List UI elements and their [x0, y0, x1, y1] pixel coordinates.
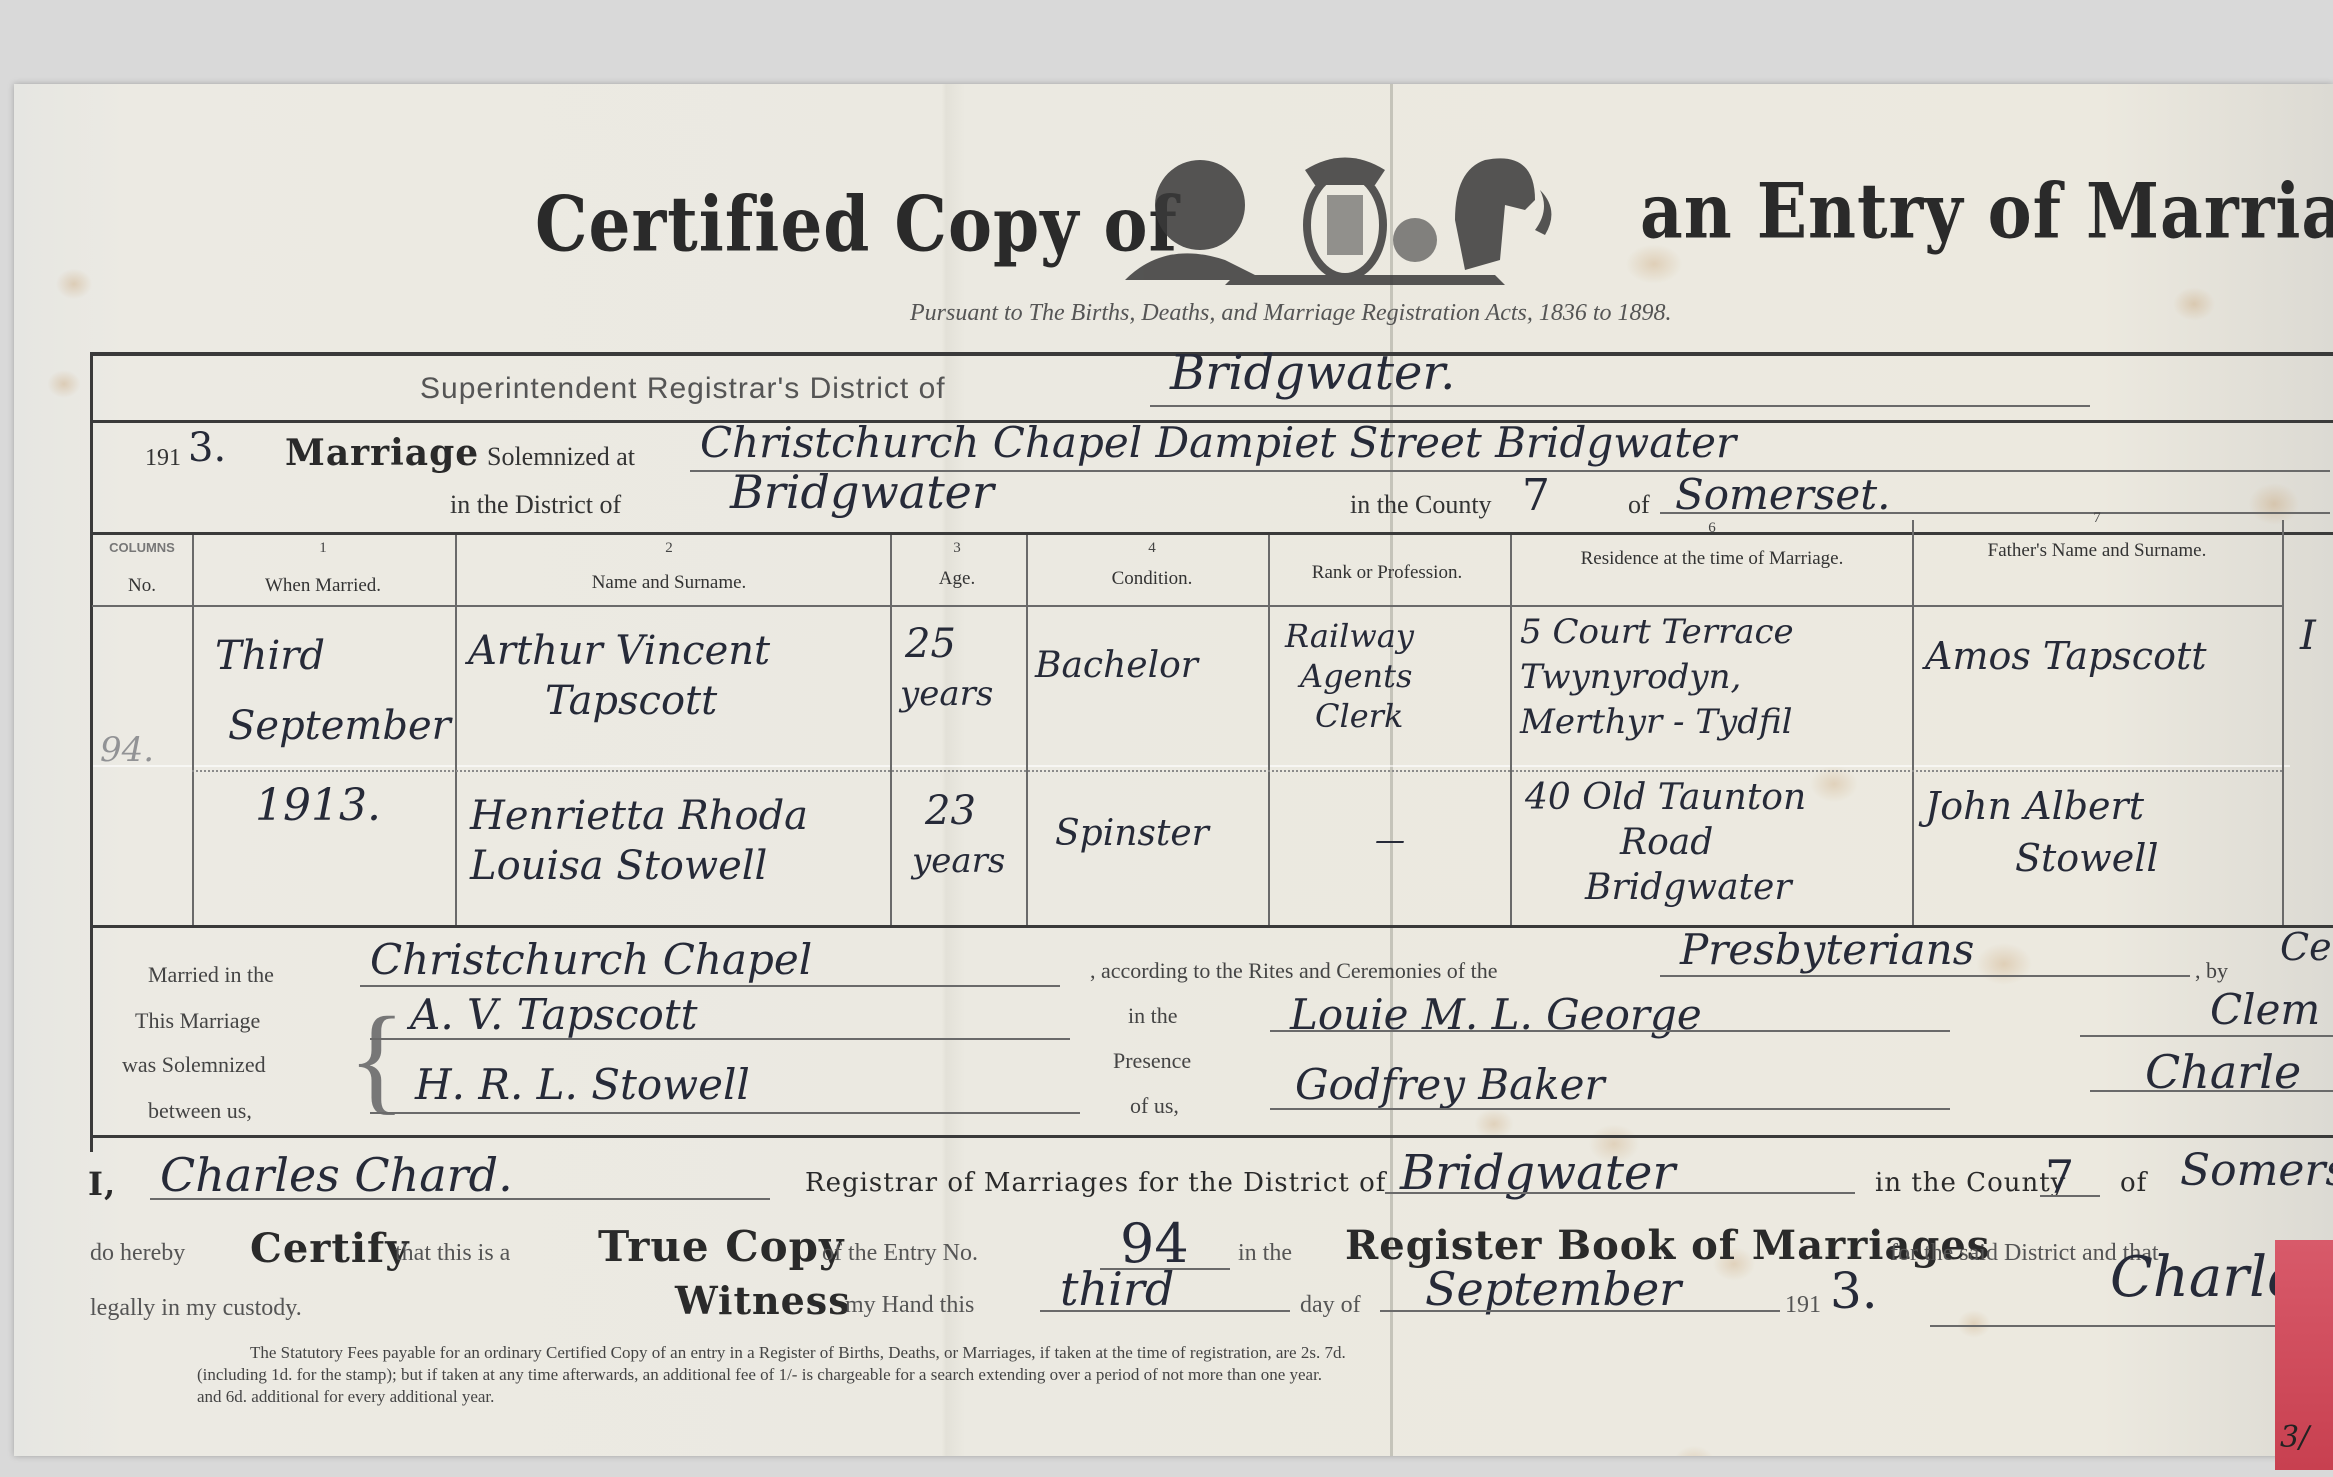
bride-residence-line2: Road	[1620, 820, 1713, 866]
column-header-row: COLUMNS No. 1 When Married. 2 Name and S…	[92, 540, 2332, 610]
column-divider	[1510, 535, 1512, 925]
presence-label: Presence	[1113, 1048, 1191, 1074]
rites-label: , according to the Rites and Ceremonies …	[1090, 958, 1498, 984]
row-separator	[192, 770, 2282, 772]
officiant2-underline	[2090, 1090, 2333, 1092]
rites-underline	[1660, 975, 2190, 977]
column-divider	[1026, 535, 1028, 925]
column-divider	[2282, 520, 2284, 925]
column-divider	[1268, 535, 1270, 925]
bride-residence-line3: Bridgwater	[1585, 865, 1792, 911]
between-us-label: between us,	[148, 1098, 252, 1124]
registrar-name-underline	[150, 1198, 770, 1200]
table-left-border	[90, 352, 93, 1152]
column-header: Age.	[892, 568, 1022, 590]
do-hereby-label: do hereby	[90, 1240, 185, 1267]
in-the-label: in the	[1128, 1003, 1178, 1029]
party1-signature: A. V. Tapscott	[410, 990, 698, 1039]
cert-year-prefix: 191	[1785, 1292, 1821, 1319]
married-in-value: Christchurch Chapel	[370, 935, 812, 984]
bride-name-line1: Henrietta Rhoda	[470, 790, 808, 842]
witness-month-underline	[1380, 1310, 1780, 1312]
footnote-line2: (including 1d. for the stamp); but if ta…	[197, 1365, 1322, 1385]
column-header: Residence at the time of Marriage.	[1512, 548, 1912, 570]
county-of: of	[1628, 490, 1650, 520]
bride-father-line1: John Albert	[1925, 780, 2144, 832]
district-label: Superintendent Registrar's District of	[420, 372, 946, 406]
my-hand-label: my Hand this	[845, 1292, 974, 1319]
footnote-line3: and 6d. additional for every additional …	[197, 1387, 494, 1407]
district-underline	[1150, 405, 2090, 407]
in-district-value: Bridgwater	[730, 465, 994, 519]
column-header: Name and Surname.	[454, 572, 884, 594]
bride-name-line2: Louisa Stowell	[470, 840, 767, 892]
cert-county-of: of	[2120, 1168, 2147, 1198]
witness-day: third	[1060, 1262, 1174, 1316]
cert-county-label: in the County	[1875, 1168, 2066, 1198]
groom-name-line2: Tapscott	[545, 675, 717, 727]
when-married-day: Third	[215, 630, 325, 682]
column-number: 7	[1912, 510, 2282, 527]
groom-rank-line1: Railway	[1285, 615, 1414, 657]
certify-label: Certify	[250, 1225, 409, 1272]
cert-county-value: Somerset	[2180, 1145, 2333, 1196]
groom-rank-line3: Clerk	[1315, 695, 1403, 737]
entry-number: 94.	[100, 730, 154, 770]
bride-father-line2: Stowell	[2015, 832, 2159, 884]
column-number: 1	[192, 540, 454, 557]
bride-condition: Spinster	[1055, 808, 1209, 860]
marriage-label: Marriage	[285, 432, 479, 474]
column-header: Rank or Profession.	[1272, 562, 1502, 584]
married-in-label: Married in the	[148, 962, 274, 988]
married-in-underline	[360, 985, 1060, 987]
header-bottom-rule	[92, 605, 2282, 607]
signature-underline	[1930, 1325, 2330, 1327]
column-divider	[890, 535, 892, 925]
bride-residence-line1: 40 Old Taunton	[1525, 775, 1806, 821]
true-copy-label: True Copy	[598, 1222, 844, 1271]
legally-label: legally in my custody.	[90, 1295, 302, 1322]
bride-age-unit: years	[912, 835, 1005, 887]
witness-label: Witness	[675, 1278, 851, 1323]
column-header: No.	[92, 575, 192, 597]
party2-signature: H. R. L. Stowell	[415, 1060, 750, 1109]
stamp-annotation: 3/	[2280, 1420, 2309, 1455]
officiant1-partial: Clem	[2210, 985, 2320, 1034]
column-number: 6	[1512, 520, 1912, 537]
groom-age-unit: years	[900, 668, 993, 720]
column-number: 4	[1032, 540, 1272, 557]
groom-name-line1: Arthur Vincent	[468, 625, 770, 677]
groom-condition: Bachelor	[1035, 640, 1198, 692]
district-value: Bridgwater.	[1170, 345, 1455, 401]
footnote-line1: The Statutory Fees payable for an ordina…	[250, 1343, 1346, 1363]
rites-value: Presbyterians	[1680, 925, 1974, 974]
was-solemnized-label: was Solemnized	[122, 1052, 266, 1078]
solemnized-value: Christchurch Chapel Dampiet Street Bridg…	[700, 418, 1736, 467]
when-married-year: 1913.	[255, 780, 381, 832]
registrar-district-underline	[1385, 1192, 1855, 1194]
witness1-underline	[1270, 1030, 1950, 1032]
column-number: 2	[454, 540, 884, 557]
witness2-signature: Godfrey Baker	[1295, 1060, 1605, 1109]
groom-residence-line2: Twynyrodyn,	[1520, 655, 1741, 699]
row-divider	[90, 925, 2333, 928]
registrar-label: Registrar of Marriages for the District …	[805, 1168, 1386, 1198]
solemnized-label: Solemnized at	[487, 442, 635, 472]
subtitle: Pursuant to The Births, Deaths, and Marr…	[910, 300, 1672, 327]
year-prefix: 191	[145, 445, 181, 472]
column-header: When Married.	[192, 575, 454, 597]
royal-coat-of-arms-icon	[1105, 150, 1590, 290]
officiant1-underline	[2080, 1035, 2333, 1037]
year-suffix: 3.	[188, 425, 226, 471]
when-married-month: September	[228, 700, 451, 752]
bride-rank: —	[1375, 815, 1405, 867]
party2-underline	[370, 1112, 1080, 1114]
column-divider	[455, 535, 457, 925]
that-this-label: that this is a	[395, 1240, 510, 1267]
column-header: Condition.	[1032, 568, 1272, 590]
groom-age: 25	[905, 618, 956, 670]
witness-day-underline	[1040, 1310, 1290, 1312]
county-label: in the County	[1350, 490, 1492, 520]
bride-age: 23	[925, 785, 976, 837]
of-entry-label: of the Entry No.	[822, 1240, 978, 1267]
i-label: I,	[88, 1165, 116, 1203]
in-the-label: in the	[1238, 1240, 1292, 1267]
column-divider	[1912, 520, 1914, 925]
title-left: Certified Copy of	[535, 179, 1178, 269]
by-value: Cer	[2280, 925, 2333, 969]
groom-father: Amos Tapscott	[1925, 630, 2207, 682]
registrar-name: Charles Chard.	[160, 1148, 513, 1202]
in-district-label: in the District of	[450, 490, 621, 520]
of-us-label: of us,	[1130, 1093, 1179, 1119]
groom-residence-line3: Merthyr - Tydfil	[1520, 700, 1793, 744]
day-of-label: day of	[1300, 1292, 1361, 1319]
party1-underline	[370, 1038, 1070, 1040]
table-bottom-border	[90, 1135, 2333, 1138]
title-right: an Entry of Marriage.	[1640, 166, 2333, 256]
row-divider	[90, 532, 2333, 535]
groom-residence-line1: 5 Court Terrace	[1520, 610, 1794, 654]
groom-rank-line2: Agents	[1300, 655, 1412, 697]
columns-label: COLUMNS	[92, 540, 192, 555]
cert-year-suffix: 3.	[1830, 1262, 1878, 1320]
witness-month: September	[1425, 1262, 1681, 1316]
column-header: Father's Name and Surname.	[1912, 540, 2282, 562]
paper-fold-horizontal	[90, 765, 2290, 767]
cert-county-underline	[2040, 1195, 2100, 1197]
column-number: 3	[892, 540, 1022, 557]
witness2-underline	[1270, 1108, 1950, 1110]
this-marriage-label: This Marriage	[135, 1008, 260, 1034]
column-divider	[192, 535, 194, 925]
brace-left: {	[348, 990, 406, 1128]
by-label: , by	[2195, 958, 2228, 984]
groom-father-rank-partial: I	[2300, 610, 2316, 662]
